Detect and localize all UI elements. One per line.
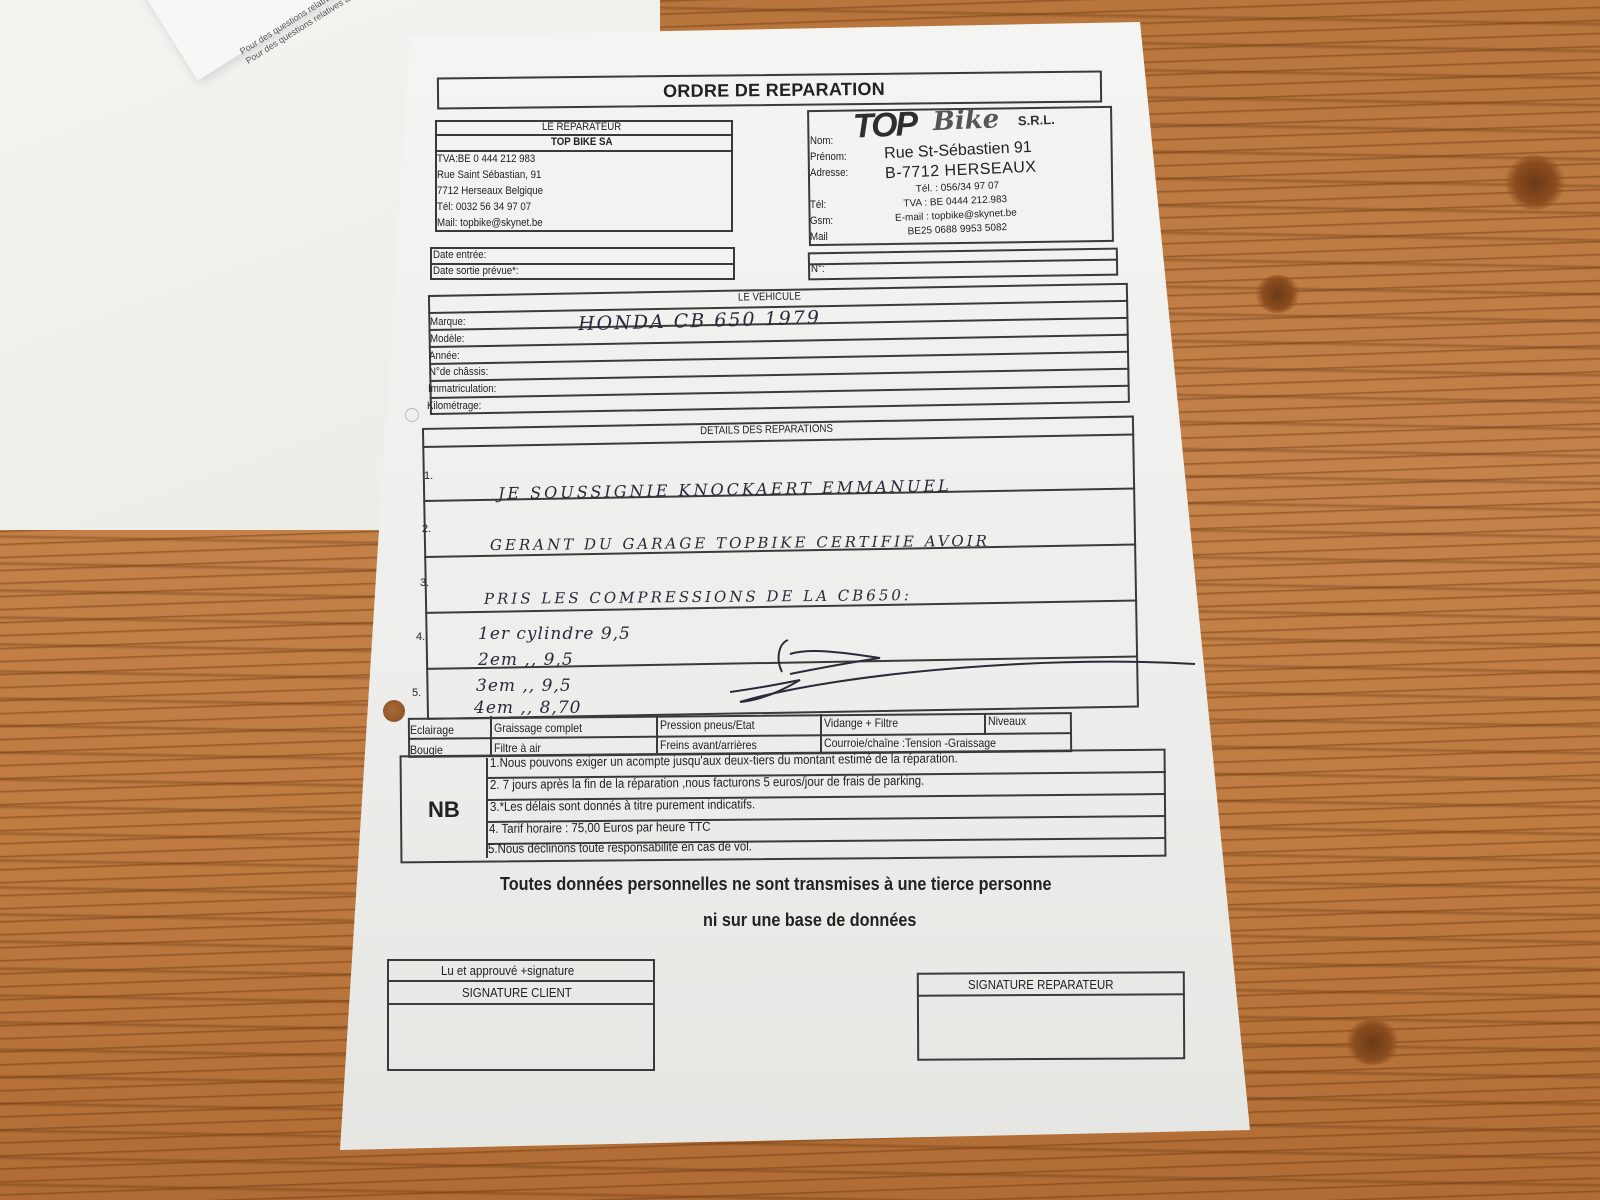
page-title: ORDRE DE REPARATION — [663, 79, 885, 102]
repair-row-number: 5. — [412, 687, 421, 699]
logo-top-text: TOP — [852, 105, 917, 147]
client-label-nom[interactable]: Nom: — [810, 135, 833, 147]
client-signature-label: SIGNATURE CLIENT — [462, 985, 572, 1000]
repairer-line: 7712 Herseaux Belgique — [437, 185, 543, 197]
checklist-item[interactable]: Eclairage — [410, 723, 454, 737]
handwritten-signature — [720, 630, 1200, 710]
client-label-mail[interactable]: Mail — [810, 231, 828, 243]
repairer-company: TOP BIKE SA — [551, 136, 613, 148]
client-label-tel[interactable]: Tél: — [810, 199, 826, 211]
checklist-item[interactable]: Vidange + Filtre — [824, 716, 898, 730]
repair-row-text[interactable]: PRIS LES COMPRESSIONS DE LA CB650: — [484, 586, 912, 608]
repair-row-text[interactable]: 1er cylindre 9,5 — [478, 624, 631, 644]
repair-row-number: 2. — [422, 523, 431, 535]
checklist-item[interactable]: Graissage complet — [494, 721, 582, 735]
nb-note: 5.Nous déclinons toute responsabilité en… — [488, 838, 752, 856]
vehicle-label-kilometrage[interactable]: Kilométrage: — [427, 400, 481, 412]
repair-row-text[interactable]: 4em ,, 8,70 — [474, 698, 581, 718]
repair-order-form: ORDRE DE REPARATION LE REPARATEUR TOP BI… — [0, 0, 1600, 1200]
repair-row-text[interactable]: 3em ,, 9,5 — [476, 676, 572, 696]
nb-label: NB — [428, 797, 460, 823]
repair-row-number: 4. — [416, 631, 425, 643]
vehicle-label-chassis[interactable]: N°de châssis: — [429, 366, 488, 378]
vehicle-label-annee[interactable]: Année: — [429, 350, 460, 362]
vehicle-label-modele[interactable]: Modèle: — [430, 333, 464, 345]
privacy-line-1: Toutes données personnelles ne sont tran… — [500, 874, 1052, 895]
vehicle-header: LE VEHICULE — [738, 291, 801, 304]
repair-row-number: 3. — [420, 577, 429, 589]
repairer-header: LE REPARATEUR — [542, 121, 621, 133]
checklist-item[interactable]: Filtre à air — [494, 741, 541, 755]
repairer-line: Rue Saint Sébastian, 91 — [437, 169, 541, 181]
repair-row-text[interactable]: 2em ,, 9,5 — [478, 650, 574, 670]
vehicle-label-marque[interactable]: Marque: — [430, 316, 466, 328]
repairer-line: TVA:BE 0 444 212 983 — [437, 153, 535, 165]
date-entry-label[interactable]: Date entrée: — [433, 249, 486, 261]
checklist-item[interactable]: Pression pneus/Etat — [660, 718, 755, 732]
repairer-line: Mail: topbike@skynet.be — [437, 217, 543, 229]
number-label[interactable]: N°: — [811, 263, 825, 275]
logo-suffix: S.R.L. — [1018, 112, 1055, 129]
client-signature-caption: Lu et approuvé +signature — [441, 963, 574, 978]
nb-note: 3.*Les délais sont donnés à titre pureme… — [490, 796, 755, 814]
checklist-item[interactable]: Niveaux — [988, 714, 1026, 728]
client-label-gsm[interactable]: Gsm: — [810, 215, 833, 227]
repair-row-number: 1. — [424, 470, 433, 482]
privacy-line-2: ni sur une base de données — [703, 910, 916, 931]
client-label-adresse[interactable]: Adresse: — [810, 167, 848, 179]
repairer-line: Tél: 0032 56 34 97 07 — [437, 201, 531, 213]
logo-bike-text: Bike — [932, 104, 1000, 137]
checklist-item[interactable]: Freins avant/arrières — [660, 738, 757, 752]
vehicle-label-immatriculation[interactable]: Immatriculation: — [428, 383, 496, 395]
checklist-item[interactable]: Courroie/chaîne :Tension -Graissage — [824, 736, 996, 750]
repairs-header: DETAILS DES REPARATIONS — [700, 423, 833, 437]
nb-note: 4. Tarif horaire : 75,00 Euros par heure… — [489, 819, 711, 836]
date-exit-label[interactable]: Date sortie prévue*: — [433, 265, 519, 277]
repairer-signature-label: SIGNATURE REPARATEUR — [968, 977, 1114, 992]
client-label-prenom[interactable]: Prénom: — [810, 151, 847, 163]
